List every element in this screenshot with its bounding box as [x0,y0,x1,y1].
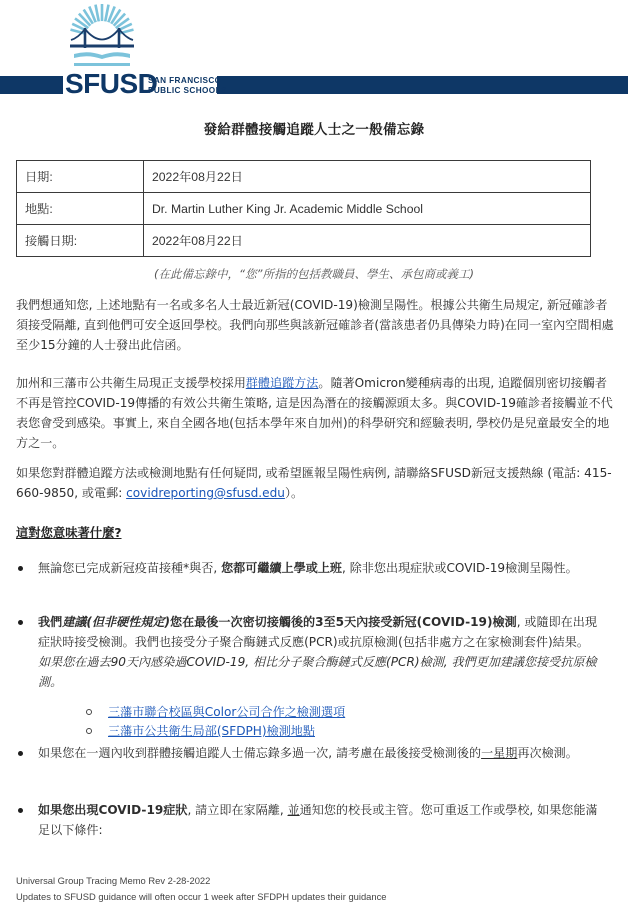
bullet-dot-icon [18,566,23,571]
bullet-symptoms: 如果您出現COVID-19症狀, 請立即在家隔離, 並通知您的校長或主管。您可重… [38,800,598,840]
b2-text-bold-italic: 建議(但非硬性規定) [62,615,170,629]
sfusd-wordmark: SFUSD [65,70,157,98]
b1-text-bold: 您都可繼續上學或上班 [221,561,342,575]
sub-bullet-color-testing: 三藩市聯合校區與Color公司合作之檢測選項 [108,702,345,722]
date-value: 2022年08月22日 [144,161,591,193]
section-heading-what-it-means: 這對您意味著什麼? [16,523,122,541]
paragraph-notification: 我們想通知您, 上述地點有一名或多名人士最近新冠(COVID-19)檢測呈陽性。… [16,295,616,355]
contact-date-label: 接觸日期: [17,225,144,257]
footer-revision: Universal Group Tracing Memo Rev 2-28-20… [16,873,387,889]
b2-text-italic: 如果您在過去90天內感染過COVID-19, 相比分子聚合酶鏈式反應(PCR)檢… [38,655,597,689]
p3-text-after: ）。 [285,486,303,500]
covid-reporting-email-link[interactable]: covidreporting@sfusd.edu [126,486,285,500]
b1-text-pre: 無論您已完成新冠疫苗接種*與否, [38,561,221,575]
sfusd-logo-icon [68,2,136,68]
contact-date-value: 2022年08月22日 [144,225,591,257]
b4-text-bold: 如果您出現COVID-19症狀 [38,803,187,817]
color-testing-options-link[interactable]: 三藩市聯合校區與Color公司合作之檢測選項 [108,705,345,719]
b1-text-post: , 除非您出現症狀或COVID-19檢測呈陽性。 [342,561,578,575]
b3-text-post: 再次檢測。 [517,746,577,760]
paragraph-group-tracing: 加州和三藩市公共衛生局現正支援學校採用群體追蹤方法。隨著Omicron變種病毒的… [16,373,616,453]
sfdph-testing-sites-link[interactable]: 三藩市公共衛生局部(SFDPH)檢測地點 [108,724,315,738]
document-footer: Universal Group Tracing Memo Rev 2-28-20… [16,873,387,905]
b2-text-bold-2: 您在最後一次密切接觸後的3至5天內接受新冠(COVID-19)檢測 [170,615,517,629]
document-title: 發給群體接觸追蹤人士之一般備忘錄 [0,118,628,138]
memo-info-table: 日期: 2022年08月22日 地點: Dr. Martin Luther Ki… [16,160,591,257]
group-tracing-link[interactable]: 群體追蹤方法 [246,376,319,390]
sfusd-subtitle: SAN FRANCISCO PUBLIC SCHOOLS [148,76,227,95]
audience-note: (在此備忘錄中，“您”所指的包括教職員、學生、承包商或義工) [0,266,628,282]
b2-text-bold-1: 我們 [38,615,62,629]
bullet-multiple-memos: 如果您在一週內收到群體接觸追蹤人士備忘錄多過一次, 請考慮在最後接受檢測後的一星… [38,743,598,763]
subtitle-line-1: SAN FRANCISCO [148,76,227,86]
b3-text-pre: 如果您在一週內收到群體接觸追蹤人士備忘錄多過一次, 請考慮在最後接受檢測後的 [38,746,481,760]
b3-text-underline: 一星期 [481,746,517,760]
p2-text-before: 加州和三藩市公共衛生局現正支援學校採用 [16,376,246,390]
bullet-dot-icon [18,751,23,756]
b4-text-pre: , 請立即在家隔離, [187,803,287,817]
date-label: 日期: [17,161,144,193]
b4-text-underline: 並 [288,803,300,817]
bullet-dot-icon [18,620,23,625]
brand-stripe-left [0,76,63,94]
hollow-bullet-icon [86,728,92,734]
hollow-bullet-icon [86,709,92,715]
subtitle-line-2: PUBLIC SCHOOLS [148,86,227,96]
location-label: 地點: [17,193,144,225]
bullet-continue-school: 無論您已完成新冠疫苗接種*與否, 您都可繼續上學或上班, 除非您出現症狀或COV… [38,558,598,578]
bullet-testing-recommendation: 我們建議(但非硬性規定)您在最後一次密切接觸後的3至5天內接受新冠(COVID-… [38,612,598,692]
brand-stripe-right [217,76,628,94]
table-row-contact-date: 接觸日期: 2022年08月22日 [17,225,591,257]
p3-text-before: 如果您對群體追蹤方法或檢測地點有任何疑問, 或希望匯報呈陽性病例, 請聯絡SFU… [16,466,612,500]
footer-update-note: Updates to SFUSD guidance will often occ… [16,889,387,905]
sub-bullet-sfdph-testing: 三藩市公共衛生局部(SFDPH)檢測地點 [108,721,315,741]
table-row-date: 日期: 2022年08月22日 [17,161,591,193]
table-row-location: 地點: Dr. Martin Luther King Jr. Academic … [17,193,591,225]
bullet-dot-icon [18,808,23,813]
paragraph-contact: 如果您對群體追蹤方法或檢測地點有任何疑問, 或希望匯報呈陽性病例, 請聯絡SFU… [16,463,616,503]
location-value: Dr. Martin Luther King Jr. Academic Midd… [144,193,591,225]
